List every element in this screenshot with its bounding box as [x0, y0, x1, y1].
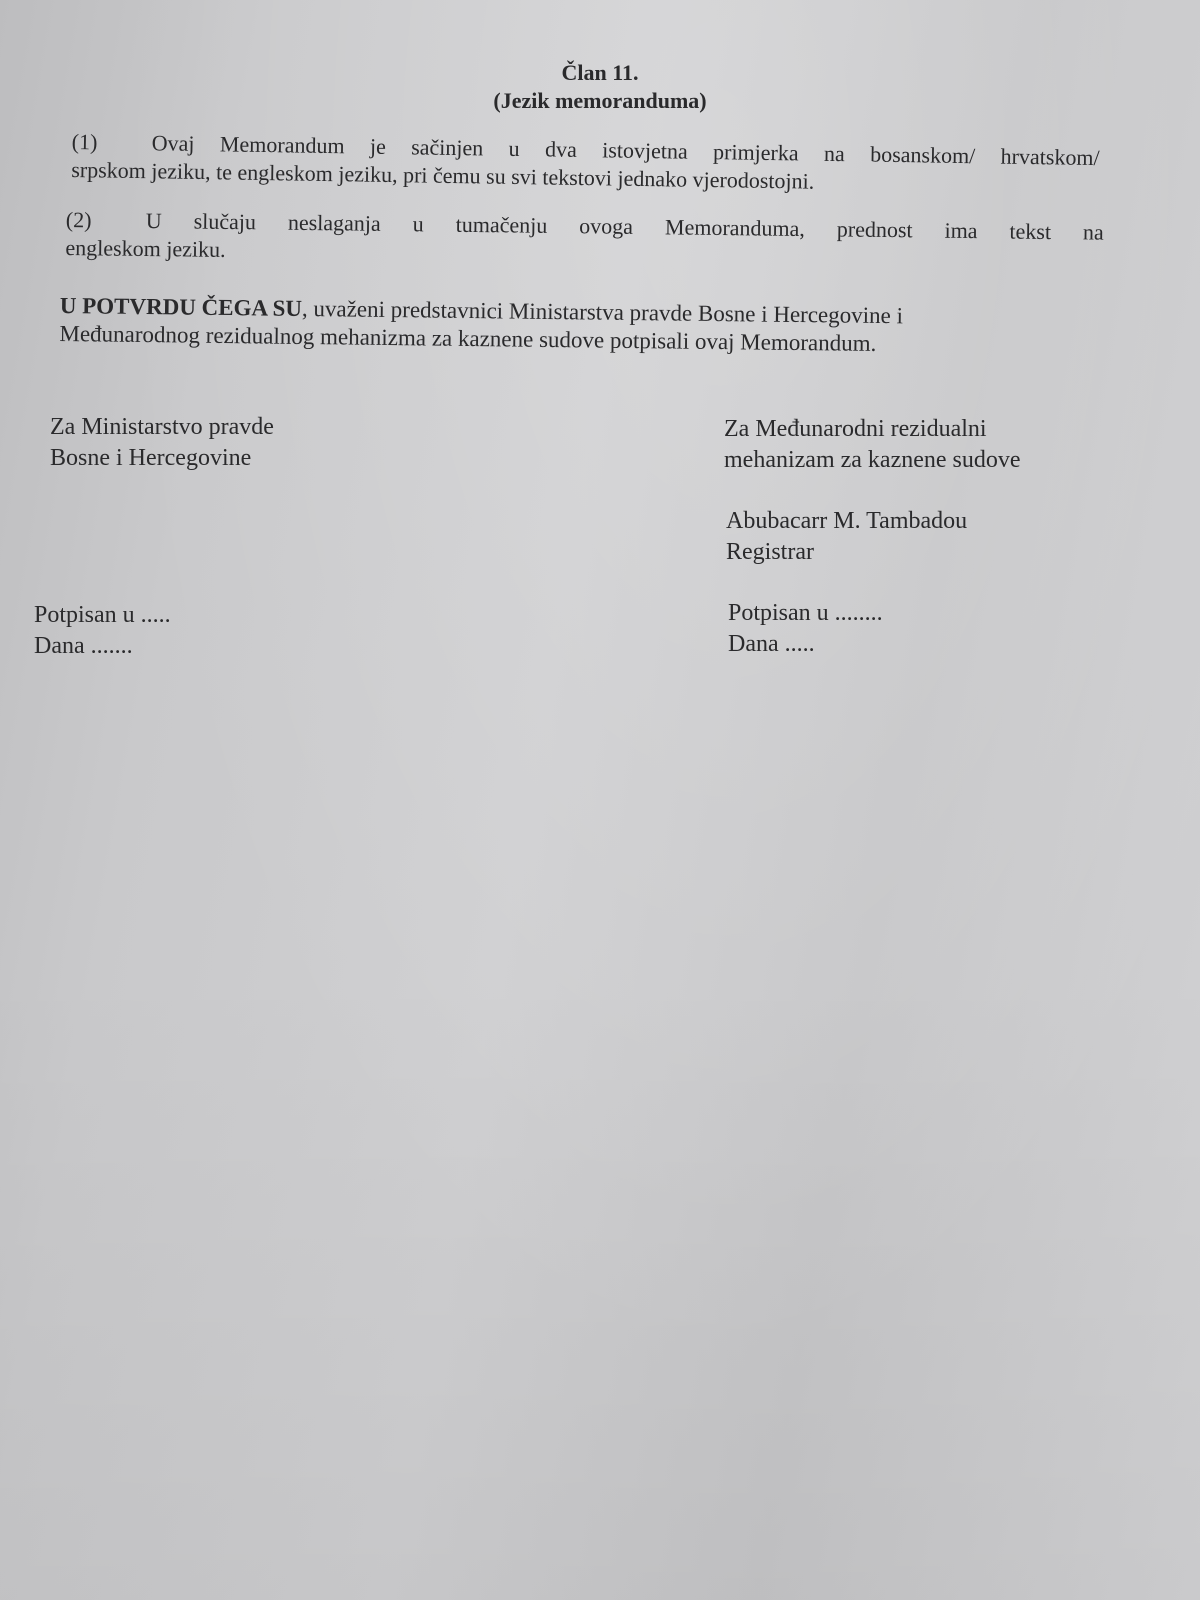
right-signer: Abubacarr M. Tambadou Registrar — [726, 506, 967, 568]
left-signatory-party: Za Ministarstvo pravde Bosne i Hercegovi… — [50, 412, 274, 474]
signer-name: Abubacarr M. Tambadou — [726, 506, 967, 537]
right-signatory-party: Za Međunarodni rezidualni mehanizam za k… — [724, 414, 1021, 476]
article-title: Član 11. — [0, 60, 1200, 86]
signed-at-field: Potpisan u ..... — [34, 600, 171, 631]
date-field: Dana ....... — [34, 631, 171, 662]
paragraph-number: (2) — [66, 206, 146, 235]
paragraph-2: (2)U slučaju neslaganja u tumačenju ovog… — [65, 206, 1104, 275]
left-signature-place-date: Potpisan u ..... Dana ....... — [34, 600, 171, 662]
signed-at-field: Potpisan u ........ — [728, 598, 883, 629]
signer-title: Registrar — [726, 537, 967, 568]
closing-bold-lead: U POTVRDU ČEGA SU — [60, 293, 302, 321]
paragraph-1: (1)Ovaj Memorandum je sačinjen u dva ist… — [71, 128, 1100, 200]
paragraph-number: (1) — [72, 128, 152, 157]
right-signature-place-date: Potpisan u ........ Dana ..... — [728, 598, 883, 660]
closing-paragraph: U POTVRDU ČEGA SU, uvaženi predstavnici … — [59, 292, 1112, 361]
date-field: Dana ..... — [728, 629, 883, 660]
article-subtitle: (Jezik memoranduma) — [0, 88, 1200, 114]
